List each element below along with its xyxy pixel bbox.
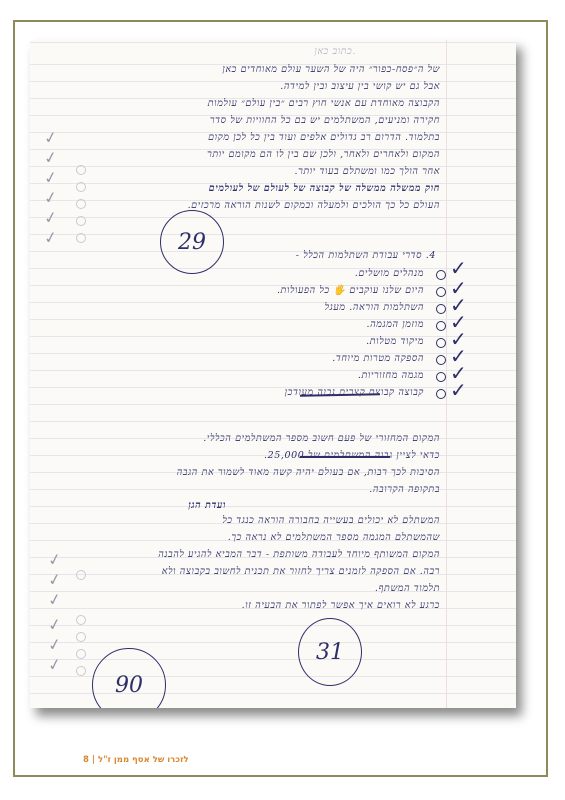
bleed-bullet bbox=[76, 199, 86, 209]
text-line: רבה. אם הספקה לזמנים צריך לחזור את תכנית… bbox=[162, 566, 440, 577]
list-bullet bbox=[436, 270, 446, 280]
text-line: המשתלם לא יכולים בעשייה בחבורה הוראה כנג… bbox=[222, 515, 440, 526]
bleed-bullet bbox=[76, 233, 86, 243]
circled-number: 29 bbox=[160, 210, 224, 274]
text-line: המקום המחזורי של פעם חשוב מספר המשתלמים … bbox=[203, 433, 440, 444]
page-footer: לזכרו של אסף ממן ז"ל | 8 bbox=[83, 755, 189, 765]
list-item: מוזמן המגמה. bbox=[366, 319, 424, 330]
text-line: המקום המשותף מיוחד לעבודה משותפת - דבר ה… bbox=[158, 549, 440, 560]
bleed-bullet bbox=[76, 615, 86, 625]
list-item: הספקה מטרות מיוחד. bbox=[332, 353, 424, 364]
bleed-bullet bbox=[76, 666, 86, 676]
bleed-bullet bbox=[76, 649, 86, 659]
text-line: שהמשתלם המגמה מספר המשתלמים לא נראה כך. bbox=[228, 532, 440, 543]
bleed-bullet bbox=[76, 165, 86, 175]
text-line: העולם כל כך הולכים ולמעלה ובמקום לשנות ה… bbox=[188, 200, 440, 211]
text-line: חוק ממשלה ממשלה של קבוצה של לעולם של לעו… bbox=[209, 183, 440, 194]
text-line: בתלמוד. הדרום רב גדולים אלפים ועוד בין כ… bbox=[208, 132, 440, 143]
text-line: הסיבות לכך רבות, אם בעולם יהיה קשה מאוד … bbox=[177, 467, 440, 478]
list-bullet bbox=[436, 389, 446, 399]
list-bullet bbox=[436, 372, 446, 382]
top-note: .כתוב כאן bbox=[314, 46, 356, 57]
list-item: השתלמות הוראה. מעגל bbox=[325, 302, 424, 313]
list-bullet bbox=[436, 355, 446, 365]
margin-annotation: ועדת הגן bbox=[188, 500, 226, 511]
text-line: אבל גם יש קושי בין עיצוב ובין למידה. bbox=[280, 81, 440, 92]
section-heading: 4. סדרי עבודת השתלמות הכלל - bbox=[296, 250, 436, 261]
bleed-bullet bbox=[76, 632, 86, 642]
margin-line bbox=[446, 40, 447, 708]
text-line: כרגע לא רואים איך אפשר לפתור את הבעיה זו… bbox=[242, 600, 440, 611]
list-item: היום שלנו עוקבים 🖐 כל הפעולות. bbox=[277, 285, 424, 296]
list-item: מנהלים מושלים. bbox=[355, 268, 424, 279]
list-item: מגמה מחזוריות. bbox=[358, 370, 424, 381]
list-bullet bbox=[436, 287, 446, 297]
list-bullet bbox=[436, 304, 446, 314]
text-line: אחר הולך כמו ומשתלם בעוד יותר. bbox=[294, 166, 440, 177]
text-line: חקירה ומניעים, המשתלמים יש בם כל החוויות… bbox=[210, 115, 440, 126]
circled-number: 31 bbox=[298, 618, 362, 686]
text-line: תלמוד המשתף. bbox=[375, 583, 440, 594]
text-line: של ה״פסח-כפור״ היה של השער עולם מאוחדים … bbox=[222, 64, 440, 75]
list-bullet bbox=[436, 321, 446, 331]
text-line: בתקופה הקרובה. bbox=[369, 484, 440, 495]
text-line: המקום ולאחרים ולאחר, ולכן שם בין לו הם מ… bbox=[207, 149, 440, 160]
bleed-bullet bbox=[76, 182, 86, 192]
text-line: הקבוצה מאוחדת עם אנשי חוץ רבים ״בין עולם… bbox=[208, 98, 440, 109]
scanned-notebook-page: ✓ ✓ ✓ ✓ ✓ ✓ ✓ ✓ ✓ ✓ ✓ ✓ .כתוב כאן של ה״פ… bbox=[30, 40, 516, 708]
strikethrough bbox=[300, 456, 390, 458]
bleed-bullet bbox=[76, 216, 86, 226]
list-item: מיקוד מטלות. bbox=[366, 336, 424, 347]
bleed-bullet bbox=[76, 570, 86, 580]
check-icon: ✓ bbox=[450, 378, 467, 402]
list-bullet bbox=[436, 338, 446, 348]
